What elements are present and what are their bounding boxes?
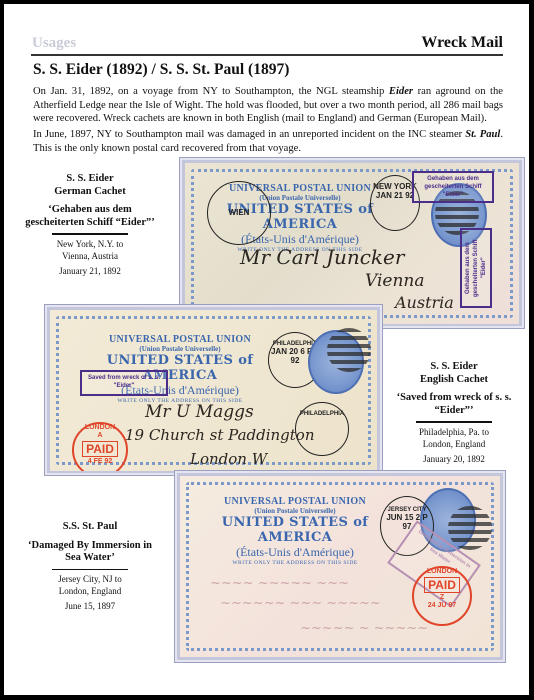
postmark-text: PHILADELPHIA bbox=[296, 411, 348, 417]
paid-code: A bbox=[74, 432, 126, 440]
postal-card-st-paul: UNIVERSAL POSTAL UNION (Union Postale Un… bbox=[174, 470, 506, 663]
text: In June, 1897, NY to Southampton mail wa… bbox=[33, 129, 465, 140]
caption-rule bbox=[52, 233, 128, 235]
caption-date: January 20, 1892 bbox=[385, 454, 523, 464]
caption-title: S. S. EiderEnglish Cachet bbox=[385, 361, 523, 386]
caption-rule bbox=[416, 421, 492, 423]
card-surface: UNIVERSAL POSTAL UNION (Union Postale Un… bbox=[50, 310, 377, 471]
faded-address: ~~~~~ ~ ~~~~~ bbox=[300, 621, 428, 636]
caption-cachet-quote: ‘Gehaben aus dem gescheiterten Schiff “E… bbox=[24, 204, 156, 229]
duplex-cancel-bars bbox=[448, 506, 492, 550]
faded-address: ~~~~ ~~~~~ ~~~ bbox=[210, 576, 349, 591]
ship-name: Eider bbox=[389, 86, 413, 97]
address-line: Mr U Maggs bbox=[145, 402, 254, 422]
upu-line: WRITE ONLY THE ADDRESS ON THIS SIDE bbox=[200, 560, 390, 566]
upu-line: UNIVERSAL POSTAL UNION bbox=[80, 334, 280, 345]
paid-date: 4 FE 92 bbox=[74, 458, 126, 466]
route-line: Philadelphia, Pa. to bbox=[385, 426, 523, 438]
caption-title-line: S. S. Eider bbox=[385, 361, 523, 374]
paid-label: PAID bbox=[424, 577, 460, 593]
postmark-text: WIEN bbox=[229, 208, 250, 217]
london-paid-handstamp: LONDON A PAID 4 FE 92 bbox=[72, 422, 128, 471]
caption-date: June 15, 1897 bbox=[26, 601, 154, 611]
text: On Jan. 31, 1892, on a voyage from NY to… bbox=[33, 86, 389, 97]
upu-line: UNITED STATES of AMERICA bbox=[200, 515, 390, 545]
section-label: Usages bbox=[32, 35, 76, 52]
paid-date: 24 JU 97 bbox=[414, 602, 470, 610]
caption-st-paul: S.S. St. Paul ‘Damaged By Immersion in S… bbox=[26, 521, 154, 611]
address-line: Mr Carl Juncker bbox=[240, 245, 404, 269]
duplex-cancel-bars bbox=[327, 328, 371, 372]
caption-eider-english: S. S. EiderEnglish Cachet ‘Saved from wr… bbox=[385, 361, 523, 464]
caption-cachet-quote: ‘Saved from wreck of s. s. “Eider”’ bbox=[385, 392, 523, 417]
london-paid-handstamp: LONDON PAID Z 24 JU 97 bbox=[412, 566, 472, 626]
caption-eider-german: S. S. EiderGerman Cachet ‘Gehaben aus de… bbox=[24, 173, 156, 276]
caption-title: S.S. St. Paul bbox=[26, 521, 154, 534]
page-topic: Wreck Mail bbox=[421, 34, 503, 52]
route-line: Vienna, Austria bbox=[24, 250, 156, 262]
caption-route: Philadelphia, Pa. toLondon, England bbox=[385, 426, 523, 450]
card-surface: UNIVERSAL POSTAL UNION (Union Postale Un… bbox=[180, 476, 500, 657]
caption-rule bbox=[52, 569, 128, 571]
address-line: London W bbox=[190, 450, 267, 468]
wreck-cachet: Gehaben aus dem gescheiterten Schiff "Ei… bbox=[412, 171, 494, 203]
caption-title-line: S. S. Eider bbox=[24, 173, 156, 186]
header-rule bbox=[31, 54, 503, 56]
paid-code: Z bbox=[414, 594, 470, 602]
card-heading: UNIVERSAL POSTAL UNION (Union Postale Un… bbox=[200, 496, 390, 566]
route-line: Jersey City, NJ to bbox=[26, 573, 154, 585]
page-title: S. S. Eider (1892) / S. S. St. Paul (189… bbox=[33, 61, 289, 79]
address-line: Austria bbox=[395, 293, 454, 312]
upu-line: (Union Postale Universelle) bbox=[200, 507, 390, 515]
upu-line: (États-Unis d'Amérique) bbox=[200, 545, 390, 560]
upu-line: UNIVERSAL POSTAL UNION bbox=[200, 496, 390, 507]
caption-route: New York, N.Y. toVienna, Austria bbox=[24, 238, 156, 262]
upu-line: (Union Postale Universelle) bbox=[80, 345, 280, 353]
paid-label: PAID bbox=[82, 441, 118, 457]
postal-card-eider-english: UNIVERSAL POSTAL UNION (Union Postale Un… bbox=[44, 304, 383, 476]
wreck-cachet: Saved from wreck of s. s. "Eider" bbox=[80, 370, 168, 396]
address-line: Vienna bbox=[365, 271, 425, 291]
paid-city: LONDON bbox=[414, 568, 470, 576]
address-line: 19 Church st Paddington bbox=[125, 426, 315, 444]
album-page: Usages Wreck Mail S. S. Eider (1892) / S… bbox=[4, 4, 529, 695]
route-line: London, England bbox=[385, 438, 523, 450]
caption-title-line: German Cachet bbox=[24, 186, 156, 199]
card-surface: UNIVERSAL POSTAL UNION (Union Postale Un… bbox=[185, 163, 519, 324]
caption-cachet-quote: ‘Damaged By Immersion in Sea Water’ bbox=[26, 540, 154, 565]
caption-title-line: S.S. St. Paul bbox=[26, 521, 154, 534]
faded-address: ~~~~~~ ~~~ ~~~~~ bbox=[220, 596, 381, 611]
caption-title: S. S. EiderGerman Cachet bbox=[24, 173, 156, 198]
paid-city: LONDON bbox=[74, 424, 126, 432]
intro-paragraph-eider: On Jan. 31, 1892, on a voyage from NY to… bbox=[33, 85, 503, 126]
route-line: New York, N.Y. to bbox=[24, 238, 156, 250]
intro-paragraph-st-paul: In June, 1897, NY to Southampton mail wa… bbox=[33, 128, 503, 155]
ship-name: St. Paul bbox=[465, 129, 500, 140]
caption-title-line: English Cachet bbox=[385, 374, 523, 387]
arrival-postmark: WIEN bbox=[207, 181, 271, 245]
caption-route: Jersey City, NJ toLondon, England bbox=[26, 573, 154, 597]
route-line: London, England bbox=[26, 585, 154, 597]
wreck-cachet-vertical: Gehaben aus dem gescheiterten Schiff "Ei… bbox=[460, 228, 492, 308]
caption-date: January 21, 1892 bbox=[24, 266, 156, 276]
